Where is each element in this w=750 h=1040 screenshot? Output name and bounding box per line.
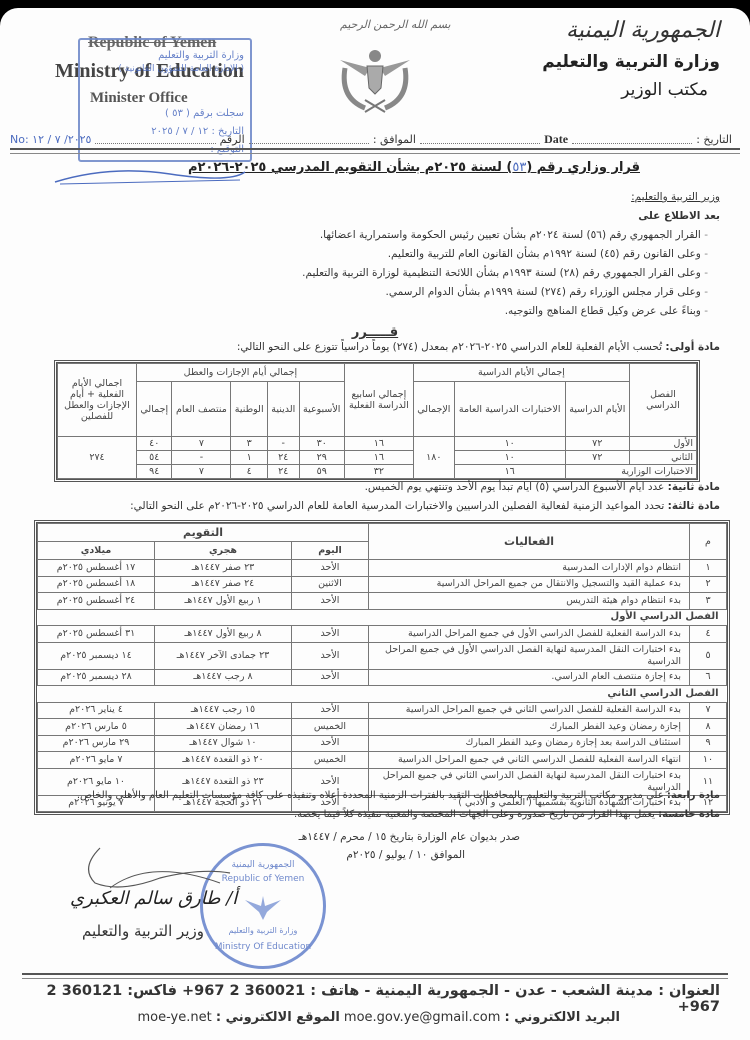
- article-label: مادة خامسة:: [658, 809, 720, 820]
- cell: الأحد: [292, 560, 369, 577]
- cell: ٢٩ مارس ٢٠٢٦م: [38, 735, 155, 752]
- stamp-text: Ministry Of Education: [203, 942, 323, 952]
- website-label: الموقع الالكتروني :: [216, 1010, 340, 1025]
- col-religious: الدينية: [267, 382, 299, 437]
- cell: ٢٤: [267, 451, 299, 465]
- stamp-line: سجلت برقم ( ٥٣ ): [165, 108, 244, 119]
- cell: ٢٨ ديسمبر ٢٠٢٥م: [38, 669, 155, 686]
- cell: ١٠: [454, 437, 565, 451]
- cell: ٤: [690, 626, 727, 643]
- col-weeks: إجمالي اسابيع الدراسة الفعلية: [344, 364, 413, 437]
- table-row: ٩استئناف الدراسة بعد إجازة رمضان وعيد ال…: [38, 735, 727, 752]
- cell: ٩٤: [137, 465, 172, 479]
- table-row: الاختبارات الوزارية ١٦ ٣٢ ٥٩ ٢٤ ٤ ٧ ٩٤: [58, 465, 697, 479]
- cell: ٧: [172, 437, 231, 451]
- col-holidays-group: إجمالي أيام الإجازات والعطل: [137, 364, 345, 382]
- col-study-days-group: إجمالي الأيام الدراسية: [413, 364, 629, 382]
- office-name-ar: مكتب الوزير: [621, 80, 708, 100]
- article-text: عدد ايام الأسبوع الدراسي (٥) ايام تبدأ ي…: [365, 481, 665, 493]
- ministry-name-ar: وزارة التربية والتعليم: [542, 52, 720, 72]
- cell: ٨: [690, 719, 727, 736]
- article-label: مادة رابعة:: [667, 790, 720, 801]
- preamble-item: وعلى قرار مجلس الوزراء رقم (٢٧٤) لسنة ١٩…: [30, 283, 708, 302]
- cell: بدء إجازة منتصف العام الدراسي.: [369, 669, 690, 686]
- signature-scrawl-icon: [50, 160, 250, 186]
- section-row: الفصل الدراسي الثاني: [38, 686, 727, 703]
- cell: ١٨ أغسطس ٢٠٢٥م: [38, 576, 155, 593]
- cell: ٧٢: [565, 451, 629, 465]
- cell: ١٨٠: [413, 437, 454, 479]
- cell: ١: [231, 451, 268, 465]
- cell: ٢٤: [267, 465, 299, 479]
- article-text: يعمل بهذا القرار من تاريخ صدوره وعلى الج…: [294, 809, 655, 820]
- addressee: وزير التربية والتعليم:: [30, 188, 720, 207]
- cell: بدء انتظام دوام هيئة التدريس: [369, 593, 690, 610]
- decree-number: ٥٣: [512, 160, 526, 175]
- cell: الأحد: [292, 642, 369, 669]
- cell: ١٦: [454, 465, 565, 479]
- signatory-title: وزير التربية والتعليم: [82, 922, 204, 940]
- article-text: على مديرو مكاتب التربية والتعليم بالمحاف…: [77, 790, 664, 801]
- preamble: وزير التربية والتعليم: بعد الاطلاع على ا…: [30, 188, 720, 345]
- preamble-item: وبناءً على عرض وكيل قطاع المناهج والتوجي…: [30, 302, 708, 321]
- cell: الأحد: [292, 669, 369, 686]
- col-study-days: الأيام الدراسية: [565, 382, 629, 437]
- cell: ١٥ رجب ١٤٤٧هـ: [155, 702, 292, 719]
- cell: ٢٤ أغسطس ٢٠٢٥م: [38, 593, 155, 610]
- col-general-exams: الاختبارات الدراسية العامة: [454, 382, 565, 437]
- table-row: ٧بدء الدراسة الفعلية للفصل الدراسي الثان…: [38, 702, 727, 719]
- col-gregorian: ميلادي: [38, 542, 155, 560]
- yemen-eagle-emblem-icon: [335, 38, 415, 118]
- cell: الأحد: [292, 593, 369, 610]
- document-page: الجمهورية اليمنية وزارة التربية والتعليم…: [0, 8, 750, 1040]
- cell: الأحد: [292, 702, 369, 719]
- website-link[interactable]: moe-ye.net: [137, 1010, 211, 1025]
- cell: ٢٠ ذو القعدة ١٤٤٧هـ: [155, 752, 292, 769]
- cell: الأحد: [292, 626, 369, 643]
- table-row: ١٠انتهاء الدراسة الفعلية للفصل الدراسي ا…: [38, 752, 727, 769]
- col-no: م: [690, 524, 727, 560]
- stamp-text: وزارة التربية والتعليم: [203, 926, 323, 935]
- col-national: الوطنية: [231, 382, 268, 437]
- cell: ٧: [690, 702, 727, 719]
- col-semester: الفصل الدراسي: [630, 364, 697, 437]
- section-row: الفصل الدراسي الأول: [38, 609, 727, 626]
- cell: الأحد: [292, 735, 369, 752]
- cell: ١٧ أغسطس ٢٠٢٥م: [38, 560, 155, 577]
- cell: ١٠: [454, 451, 565, 465]
- schedule-table: م الفعاليات التقويم اليوم هجري ميلادي ١ا…: [34, 520, 730, 815]
- preamble-item: وعلى القرار الجمهوري رقم (٢٨) لسنة ١٩٩٣م…: [30, 264, 708, 283]
- email-label: البريد الالكتروني :: [505, 1010, 620, 1025]
- cell: ٧ مايو ٢٠٢٦م: [38, 752, 155, 769]
- cell: بدء الدراسة الفعلية للفصل الدراسي الثاني…: [369, 702, 690, 719]
- cell: الثاني: [630, 451, 697, 465]
- col-calendar: التقويم: [38, 524, 369, 542]
- col-weekly: الأسبوعية: [299, 382, 344, 437]
- header-divider: [10, 148, 740, 154]
- col-grand-total: اجمالي الأيام الفعلية + أيام الإجازات وا…: [58, 364, 137, 437]
- cell: الاختبارات الوزارية: [565, 465, 696, 479]
- cell: ٢٣ جمادى الآخر ١٤٤٧هـ: [155, 642, 292, 669]
- cell: ٦: [690, 669, 727, 686]
- cell: ١: [690, 560, 727, 577]
- issued-date-gregorian: الموافق ١٠ / يوليو / ٢٠٢٥م: [346, 846, 465, 865]
- cell: بدء اختبارات النقل المدرسية لنهاية الفصل…: [369, 642, 690, 669]
- footer-divider: [22, 973, 728, 979]
- cell: ٢٩: [299, 451, 344, 465]
- article-text: تحدد المواعيد الزمنية لفعالية الفصلين ال…: [130, 500, 664, 512]
- cell: ٨ رجب ١٤٤٧هـ: [155, 669, 292, 686]
- article-text: تُحسب الأيام الفعلية للعام الدراسي ٢٠٢٥-…: [237, 341, 662, 353]
- preamble-item: وعلى القانون رقم (٤٥) لسنة ١٩٩٢م بشأن ال…: [30, 245, 708, 264]
- stamp-line: ( الإدارة العامة للشؤون القانونية ): [118, 64, 244, 74]
- cell: ٩: [690, 735, 727, 752]
- cell: ٧٢: [565, 437, 629, 451]
- corresponding-label: الموافق :: [373, 133, 416, 146]
- cell: بدء الدراسة الفعلية للفصل الدراسي الأول …: [369, 626, 690, 643]
- decree-title: قرار وزاري رقم (٥٣) لسنة ٢٠٢٥م بشأن التق…: [188, 160, 640, 175]
- cell: ٥: [690, 642, 727, 669]
- col-midyear: منتصف العام: [172, 382, 231, 437]
- cell: ١٠: [690, 752, 727, 769]
- email-link[interactable]: moe.gov.ye@gmail.com: [344, 1010, 500, 1025]
- cell: ١٦: [344, 451, 413, 465]
- date-line: التاريخ : Date الموافق : الرقم No: ٢٠٢٥/…: [10, 130, 732, 148]
- table-row: ٢بدء عملية القيد والتسجيل والانتقال من ج…: [38, 576, 727, 593]
- after-review-heading: بعد الاطلاع على: [30, 207, 720, 226]
- date-label-en: Date: [544, 132, 568, 147]
- title-prefix: قرار وزاري رقم (: [526, 160, 640, 175]
- cell: ٣: [690, 593, 727, 610]
- cell: ١ ربيع الأول ١٤٤٧هـ: [155, 593, 292, 610]
- cell: ٥ مارس ٢٠٢٦م: [38, 719, 155, 736]
- cell: بدء عملية القيد والتسجيل والانتقال من جم…: [369, 576, 690, 593]
- table-row: الثاني ٧٢ ١٠ ١٦ ٢٩ ٢٤ ١ - ٥٤: [58, 451, 697, 465]
- col-holidays-total: إجمالي: [137, 382, 172, 437]
- article-5: مادة خامسة: يعمل بهذا القرار من تاريخ صد…: [14, 805, 720, 824]
- col-activities: الفعاليات: [369, 524, 690, 560]
- cell: إجازة رمضان وعيد الفطر المبارك: [369, 719, 690, 736]
- cell: ٣٠: [299, 437, 344, 451]
- ref-label: الرقم: [220, 133, 245, 146]
- cell: الأول: [630, 437, 697, 451]
- cell: ٤: [231, 465, 268, 479]
- article-2: مادة ثانية: عدد ايام الأسبوع الدراسي (٥)…: [20, 478, 720, 497]
- cell: ٤ يناير ٢٠٢٦م: [38, 702, 155, 719]
- bismillah: بسم الله الرحمن الرحيم: [340, 18, 451, 31]
- stamp-line: وزارة التربية والتعليم: [158, 50, 244, 61]
- cell: ٣٢: [344, 465, 413, 479]
- cell: ٨ ربيع الأول ١٤٤٧هـ: [155, 626, 292, 643]
- cell: ٥٩: [299, 465, 344, 479]
- table-row: ٣بدء انتظام دوام هيئة التدريسالأحد١ ربيع…: [38, 593, 727, 610]
- cell: ٣: [231, 437, 268, 451]
- cell: انتهاء الدراسة الفعلية للفصل الدراسي الث…: [369, 752, 690, 769]
- table-row: الأول ٧٢ ١٠ ١٨٠ ١٦ ٣٠ - ٣ ٧ ٤٠ ٢٧٤: [58, 437, 697, 451]
- cell: ٢٣ صفر ١٤٤٧هـ: [155, 560, 292, 577]
- article-4: مادة رابعة: على مديرو مكاتب التربية والت…: [14, 786, 720, 805]
- cell: -: [267, 437, 299, 451]
- cell: ١٦ رمضان ١٤٤٧هـ: [155, 719, 292, 736]
- article-label: مادة أولى:: [665, 341, 720, 353]
- col-day: اليوم: [292, 542, 369, 560]
- cell: ٣١ أغسطس ٢٠٢٥م: [38, 626, 155, 643]
- table-row: ١انتظام دوام الإدارات المدرسيةالأحد٢٣ صف…: [38, 560, 727, 577]
- stamp-eagle-icon: [243, 892, 283, 922]
- cell: ٧: [172, 465, 231, 479]
- table-row: ٦بدء إجازة منتصف العام الدراسي.الأحد٨ رج…: [38, 669, 727, 686]
- ref-number: No: ٢٠٢٥/ ٧ / ١٢: [10, 133, 91, 146]
- signatory-name: أ/ طارق سالم العكبري: [70, 888, 237, 909]
- cell: ٢٤ صفر ١٤٤٧هـ: [155, 576, 292, 593]
- footer-contact: البريد الالكتروني : moe.gov.ye@gmail.com…: [137, 1010, 620, 1025]
- table-row: ٨إجازة رمضان وعيد الفطر المباركالخميس١٦ …: [38, 719, 727, 736]
- days-table: الفصل الدراسي إجمالي الأيام الدراسية إجم…: [54, 360, 700, 482]
- date-label-ar: التاريخ :: [696, 133, 732, 146]
- table-row: ٤بدء الدراسة الفعلية للفصل الدراسي الأول…: [38, 626, 727, 643]
- cell: -: [172, 451, 231, 465]
- table-row: ٥بدء اختبارات النقل المدرسية لنهاية الفص…: [38, 642, 727, 669]
- cell: ١٦: [344, 437, 413, 451]
- cell: استئناف الدراسة بعد إجازة رمضان وعيد الف…: [369, 735, 690, 752]
- section-heading: الفصل الدراسي الثاني: [38, 686, 727, 703]
- article-label: مادة ثانية:: [668, 481, 720, 493]
- cell: الخميس: [292, 752, 369, 769]
- cell: ١٠ شوال ١٤٤٧هـ: [155, 735, 292, 752]
- article-label: مادة ثالثة:: [668, 500, 720, 512]
- preamble-item: القرار الجمهوري رقم (٥٦) لسنة ٢٠٢٤م بشأن…: [30, 226, 708, 245]
- col-hijri: هجري: [155, 542, 292, 560]
- cell: ٢٧٤: [58, 437, 137, 479]
- section-heading: الفصل الدراسي الأول: [38, 609, 727, 626]
- article-1: مادة أولى: تُحسب الأيام الفعلية للعام ال…: [20, 338, 720, 357]
- cell: الخميس: [292, 719, 369, 736]
- cell: ٤٠: [137, 437, 172, 451]
- col-study-total: الإجمالي: [413, 382, 454, 437]
- cell: انتظام دوام الإدارات المدرسية: [369, 560, 690, 577]
- article-3: مادة ثالثة: تحدد المواعيد الزمنية لفعالي…: [20, 497, 720, 516]
- cell: الاثنين: [292, 576, 369, 593]
- cell: ١٤ ديسمبر ٢٠٢٥م: [38, 642, 155, 669]
- country-name-ar: الجمهورية اليمنية: [566, 18, 720, 43]
- issued-date-hijri: صدر بديوان عام الوزارة بتاريخ ١٥ / محرم …: [299, 828, 520, 847]
- cell: ٥٤: [137, 451, 172, 465]
- cell: ٢: [690, 576, 727, 593]
